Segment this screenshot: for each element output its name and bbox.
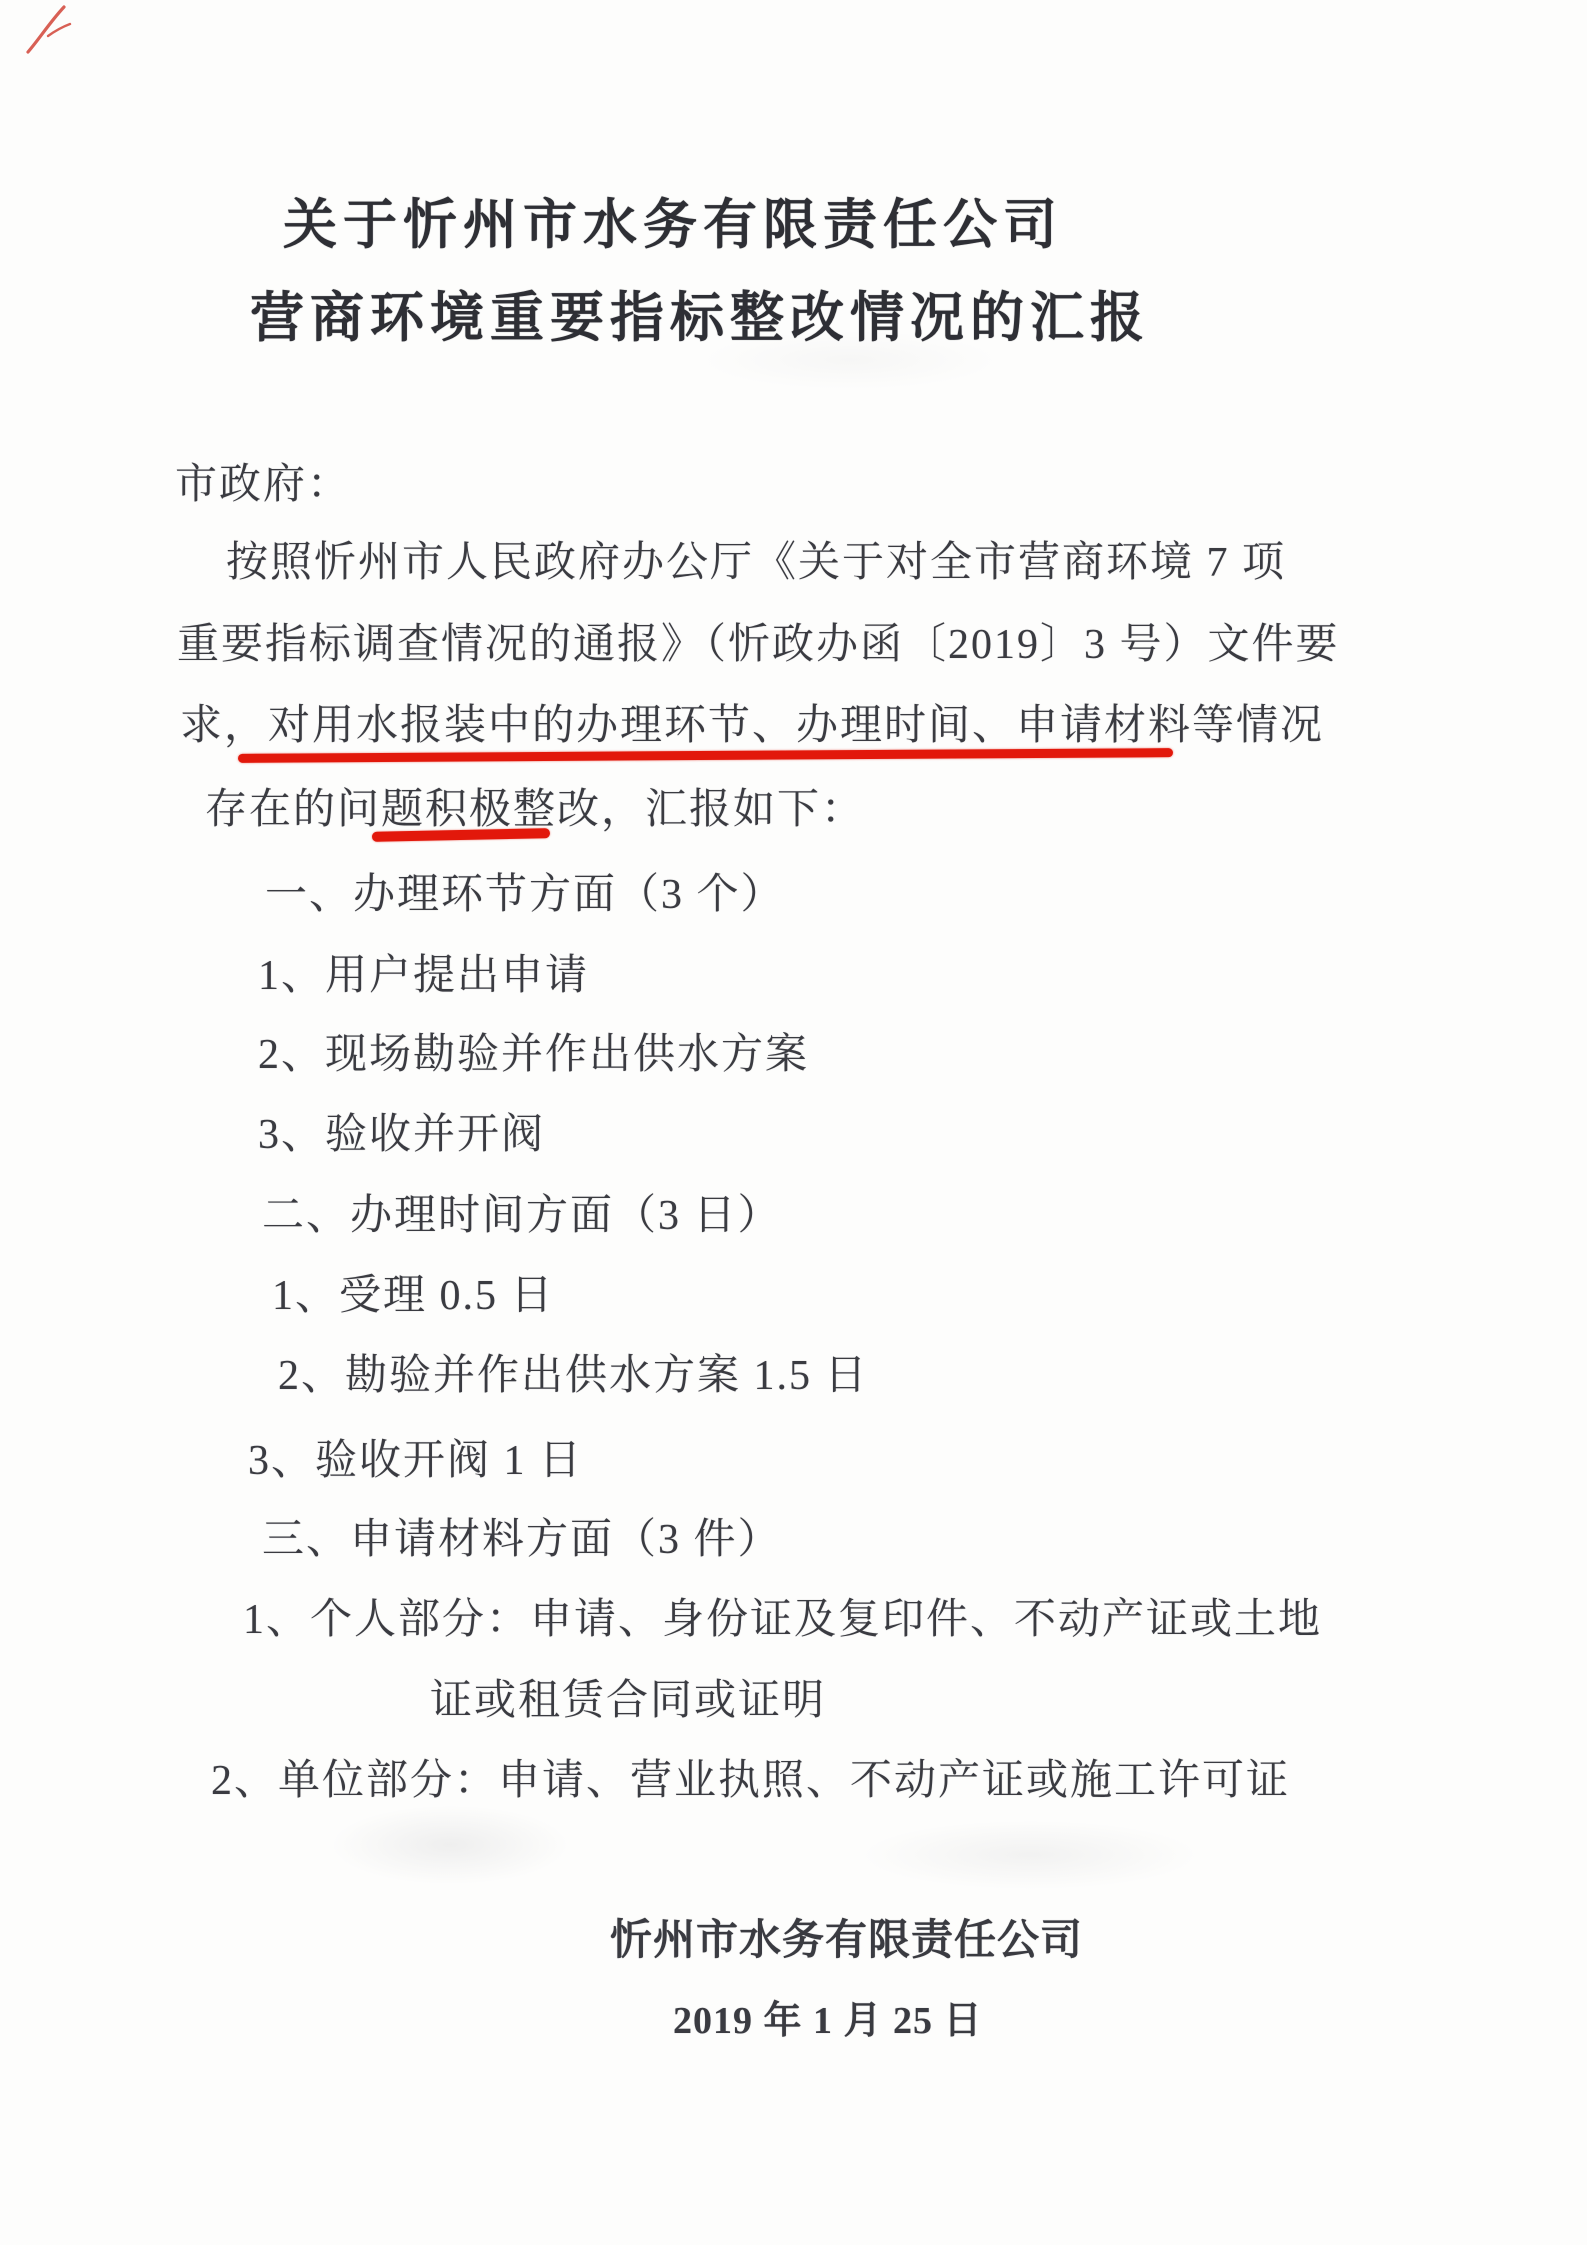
section1-heading: 一、办理环节方面（3 个）: [265, 872, 785, 918]
scan-noise: [330, 1805, 570, 1885]
paragraph-line-3: 求，对用水报装中的办理环节、办理时间、申请材料等情况: [180, 703, 1324, 749]
signature-company-name: 忻州市水务有限责任公司: [610, 1918, 1083, 1964]
section3-item-1-line-2: 证或租赁合同或证明: [430, 1678, 826, 1724]
salutation: 市政府：: [175, 462, 351, 508]
red-underline-annotation-1: [238, 748, 1173, 763]
section1-item-1: 1、用户提出申请: [258, 953, 589, 999]
document-title-line1: 关于忻州市水务有限责任公司: [283, 196, 1063, 255]
section3-item-2: 2、单位部分：申请、营业执照、不动产证或施工许可证: [211, 1758, 1290, 1804]
section2-heading: 二、办理时间方面（3 日）: [262, 1193, 782, 1239]
section2-item-3: 3、验收开阀 1 日: [248, 1438, 583, 1484]
section3-heading: 三、申请材料方面（3 件）: [262, 1517, 782, 1563]
section2-item-2: 2、勘验并作出供水方案 1.5 日: [278, 1353, 869, 1399]
section1-item-2: 2、现场勘验并作出供水方案: [258, 1032, 809, 1078]
red-pen-scribble: [18, 0, 90, 62]
paragraph-line-2: 重要指标调查情况的通报》（忻政办函〔2019〕3 号）文件要: [177, 622, 1340, 668]
scanned-document-page: 关于忻州市水务有限责任公司 营商环境重要指标整改情况的汇报 市政府： 按照忻州市…: [0, 0, 1587, 2245]
document-title-line2: 营商环境重要指标整改情况的汇报: [250, 289, 1150, 348]
scan-noise: [860, 1820, 1200, 1890]
section1-item-3: 3、验收并开阀: [258, 1112, 545, 1158]
section2-item-1: 1、受理 0.5 日: [272, 1273, 555, 1319]
signature-date: 2019 年 1 月 25 日: [673, 2001, 983, 2043]
section3-item-1-line-1: 1、个人部分：申请、身份证及复印件、不动产证或土地: [243, 1597, 1322, 1643]
paragraph-line-4: 存在的问题积极整改，汇报如下：: [205, 787, 865, 833]
paragraph-line-1: 按照忻州市人民政府办公厅《关于对全市营商环境 7 项: [226, 540, 1286, 586]
